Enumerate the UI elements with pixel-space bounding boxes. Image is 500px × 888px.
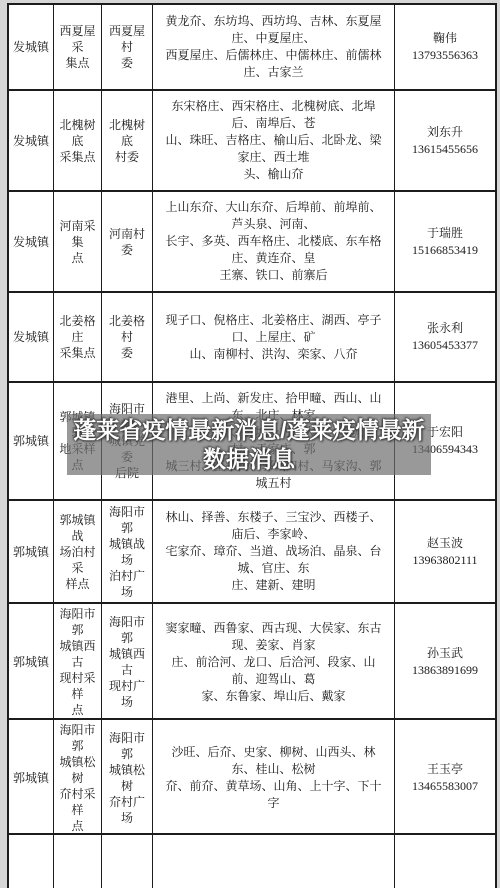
contact-phone: 15166853419: [412, 242, 478, 259]
contact-name: 王玉亭: [427, 761, 463, 778]
committee-cell: [102, 835, 153, 888]
committee-cell: 海阳市郭 城镇松树 夼村广场: [102, 720, 153, 836]
table-row: 郭城镇 海阳市郭 城镇松树 夼村采样 点 海阳市郭 城镇松树 夼村广场 沙旺、后…: [9, 720, 495, 835]
contact-cell: 张永利13605453377: [395, 293, 495, 381]
site-cell: 西夏屋采 集点: [54, 5, 102, 89]
table-row: 发城镇 北槐树底 采集点 北槐树底 村委 东宋格庄、西宋格庄、北槐树底、北埠后、…: [9, 91, 495, 192]
table-row: 发城镇 西夏屋采 集点 西夏屋村 委 黄龙夼、东坊坞、西坊坞、吉林、东夏屋庄、中…: [9, 5, 495, 91]
watermark-title-line1: 蓬莱省疫情最新消息/蓬莱疫情最新: [73, 416, 424, 445]
contact-name: 赵玉波: [427, 535, 463, 552]
contact-name: 张永利: [427, 320, 463, 337]
committee-cell: 西夏屋村 委: [102, 5, 153, 89]
villages-cell: 东宋格庄、西宋格庄、北槐树底、北埠后、南埠后、苍 山、珠旺、吉格庄、榆山后、北卧…: [153, 91, 395, 190]
table-row: 郭城镇 海阳市郭 城镇西古 现村采样 点 海阳市郭 城镇西古 现村广场 窦家疃、…: [9, 604, 495, 720]
table-row: [9, 835, 495, 888]
town-cell: 郭城镇: [9, 720, 54, 836]
site-cell: [54, 835, 102, 888]
contact-phone: 13963802111: [412, 552, 477, 569]
contact-cell: [395, 835, 495, 888]
contact-name: 孙玉武: [427, 645, 463, 662]
town-cell: 郭城镇: [9, 383, 54, 499]
villages-cell: 现子口、倪格庄、北姜格庄、湖西、亭子口、上屋庄、矿 山、南柳村、洪沟、栾家、八夼: [153, 293, 395, 381]
contact-phone: 13465583007: [412, 778, 478, 795]
site-cell: 河南采集 点: [54, 192, 102, 291]
contact-cell: 王玉亭13465583007: [395, 720, 495, 836]
table-row: 发城镇 北姜格庄 采集点 北姜格村 委 现子口、倪格庄、北姜格庄、湖西、亭子口、…: [9, 293, 495, 383]
town-cell: 郭城镇: [9, 604, 54, 720]
contact-name: 刘东升: [427, 124, 463, 141]
site-cell: 北姜格庄 采集点: [54, 293, 102, 381]
contact-phone: 13605453377: [412, 337, 478, 354]
town-cell: 发城镇: [9, 5, 54, 89]
contact-cell: 孙玉武13863891699: [395, 604, 495, 720]
town-cell: 发城镇: [9, 91, 54, 190]
table-row: 郭城镇 郭城镇战 场泊村采 样点 海阳市郭 城镇战场 泊村广场 林山、择善、东楼…: [9, 501, 495, 604]
town-cell: 郭城镇: [9, 501, 54, 602]
page: { "watermark": { "line1": "蓬莱省疫情最新消息/蓬莱疫…: [0, 0, 500, 888]
watermark-overlay: 蓬莱省疫情最新消息/蓬莱疫情最新 数据消息: [67, 414, 431, 475]
contact-cell: 鞠伟13793556363: [395, 5, 495, 89]
site-cell: 北槐树底 采集点: [54, 91, 102, 190]
site-cell: 海阳市郭 城镇松树 夼村采样 点: [54, 720, 102, 836]
villages-cell: 林山、择善、东楼子、三宝沙、西楼子、庙后、李家岭、 宅家夼、璋夼、当道、战场泊、…: [153, 501, 395, 602]
contact-name: 于瑞胜: [427, 225, 463, 242]
table-row: 发城镇 河南采集 点 河南村委 上山东夼、大山东夼、后埠前、前埠前、芦头泉、河南…: [9, 192, 495, 293]
committee-cell: 河南村委: [102, 192, 153, 291]
villages-cell: 上山东夼、大山东夼、后埠前、前埠前、芦头泉、河南、 长宇、多英、西车格庄、北楼底…: [153, 192, 395, 291]
contact-phone: 13863891699: [412, 662, 478, 679]
site-cell: 海阳市郭 城镇西古 现村采样 点: [54, 604, 102, 720]
town-cell: [9, 835, 54, 888]
villages-cell: 黄龙夼、东坊坞、西坊坞、吉林、东夏屋庄、中夏屋庄、 西夏屋庄、后儒林庄、中儒林庄…: [153, 5, 395, 89]
villages-cell: [153, 835, 395, 888]
contact-phone: 13793556363: [412, 47, 478, 64]
villages-cell: 沙旺、后夼、史家、柳树、山西头、林东、桂山、松树 夼、前夼、黄草场、山角、上十字…: [153, 720, 395, 836]
town-cell: 发城镇: [9, 293, 54, 381]
contact-name: 于宏阳: [427, 424, 463, 441]
contact-cell: 刘东升13615455656: [395, 91, 495, 190]
villages-cell: 窦家疃、西鲁家、西古现、大侯家、东古现、姜家、肖家 庄、前洽河、龙口、后洽河、段…: [153, 604, 395, 720]
committee-cell: 海阳市郭 城镇战场 泊村广场: [102, 501, 153, 602]
contact-name: 鞠伟: [433, 30, 457, 47]
committee-cell: 北姜格村 委: [102, 293, 153, 381]
contact-phone: 13615455656: [412, 141, 478, 158]
contact-cell: 于瑞胜15166853419: [395, 192, 495, 291]
committee-cell: 北槐树底 村委: [102, 91, 153, 190]
watermark-title-line2: 数据消息: [203, 445, 295, 474]
site-cell: 郭城镇战 场泊村采 样点: [54, 501, 102, 602]
committee-cell: 海阳市郭 城镇西古 现村广场: [102, 604, 153, 720]
town-cell: 发城镇: [9, 192, 54, 291]
contact-cell: 赵玉波13963802111: [395, 501, 495, 602]
